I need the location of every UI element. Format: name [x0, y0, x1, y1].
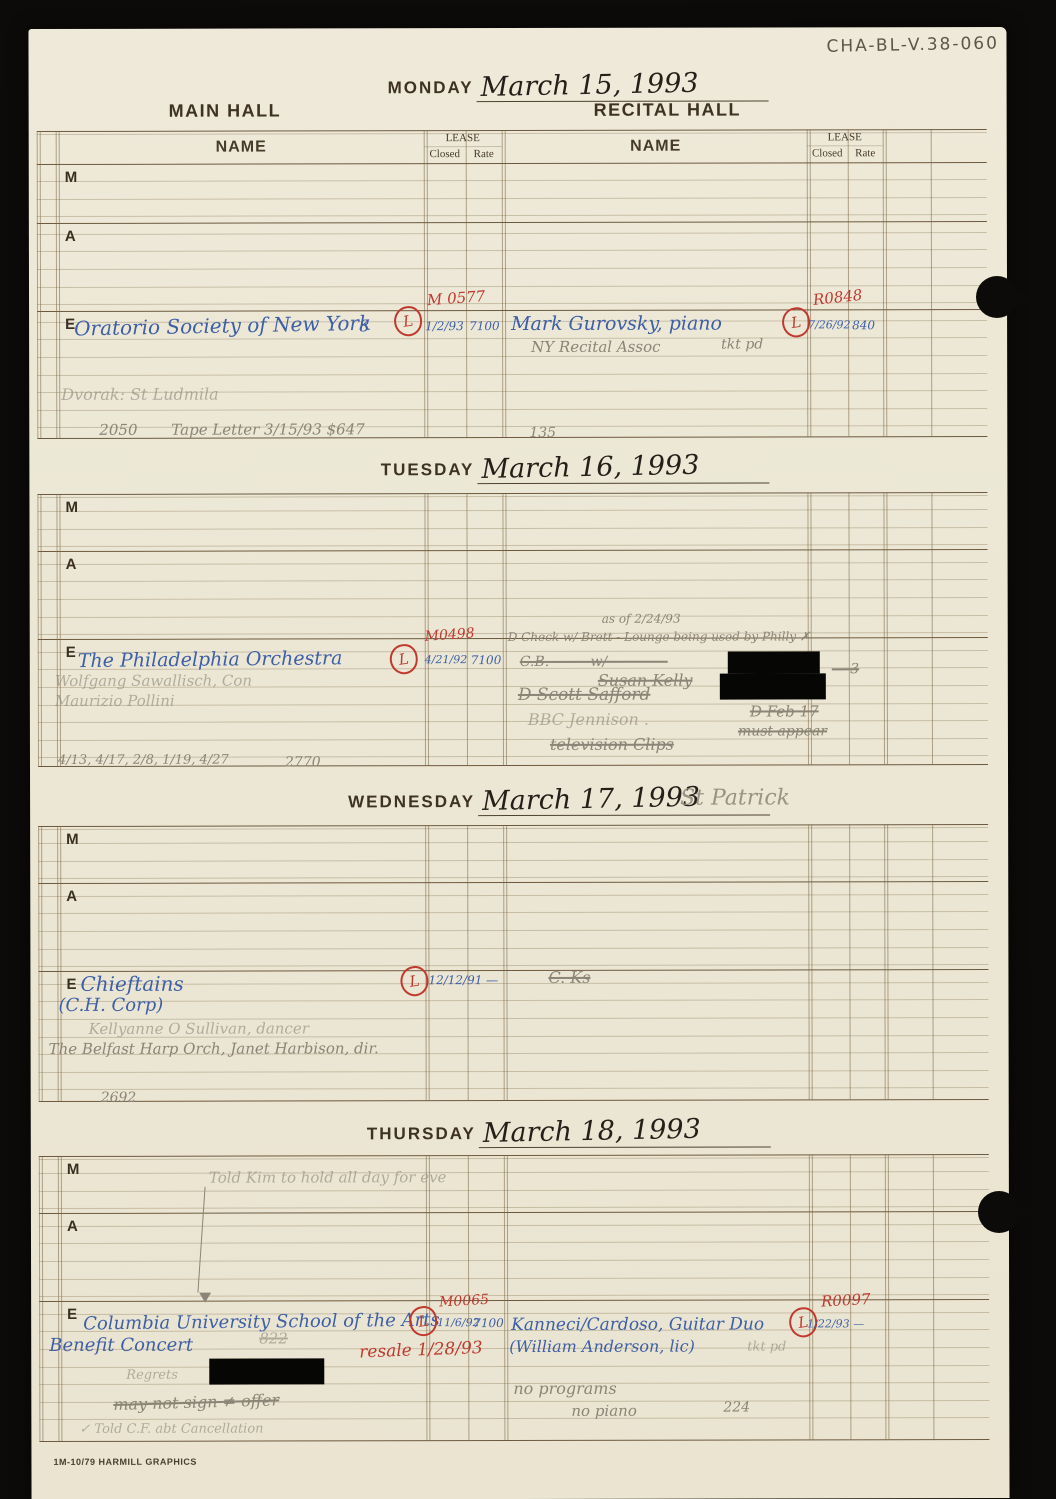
handwritten-note: Kellyanne O Sullivan, dancer [89, 1021, 309, 1037]
handwritten-note: The Philadelphia Orchestra [78, 649, 343, 672]
handwritten-note: no piano [571, 1404, 637, 1420]
column-rule [425, 825, 427, 1100]
column-rule [41, 826, 43, 1101]
column-rule [60, 826, 62, 1101]
row-label-afternoon: A [66, 888, 77, 905]
column-rule [503, 825, 505, 1100]
column-rule [39, 1156, 41, 1441]
row-label-evening: E [67, 1306, 77, 1323]
ruled-line [38, 738, 988, 741]
column-rule [812, 1154, 814, 1439]
handwritten-note: M0498 [424, 626, 475, 644]
handwritten-note: — 3 [832, 662, 859, 677]
ruled-line [37, 408, 987, 411]
handwritten-note: NY Recital Assoc [531, 340, 660, 356]
ruled-line [38, 929, 988, 932]
table-bottom-rule [39, 1099, 989, 1102]
column-rule [849, 824, 851, 1099]
ruled-line [37, 232, 987, 235]
handwritten-note: tkt pd [721, 337, 763, 352]
column-header-rate: Rate [848, 147, 883, 159]
handwritten-note: Wolfgang Sawallisch, Con [55, 674, 252, 690]
ruled-line [39, 1417, 989, 1420]
day-title-tuesday: TUESDAY [329, 460, 474, 480]
table-top-rule-2 [38, 827, 988, 830]
column-rule [505, 130, 507, 437]
printer-credit: 1M-10/79 HARMILL GRAPHICS [53, 1457, 196, 1467]
handwritten-note: BBC Jennison . [528, 712, 649, 729]
ruled-line [38, 527, 988, 530]
handwritten-note: 7100 [473, 1317, 504, 1330]
header-bottom-rule [37, 162, 987, 165]
ruled-line [38, 615, 988, 618]
handwritten-note: Regrets [126, 1369, 178, 1383]
column-rule [502, 493, 504, 765]
date-underline [478, 814, 770, 816]
column-rule [504, 1155, 506, 1440]
column-rule [59, 494, 61, 766]
column-rule [811, 824, 813, 1099]
handwritten-note: 822 [259, 1331, 288, 1347]
handwritten-note: Chieftains [80, 974, 183, 995]
handwritten-note: R0097 [821, 1292, 871, 1310]
ruled-line [37, 509, 987, 512]
ruled-line [37, 267, 987, 270]
handwritten-note: D Scott Safford [518, 687, 651, 705]
ruled-line [39, 1070, 989, 1073]
ruled-line [38, 859, 988, 862]
paper: CHA-BL-V.38-060 1M-10/79 HARMILL GRAPHIC… [28, 27, 1009, 1499]
ruled-line [39, 1206, 989, 1209]
ruled-line [38, 703, 988, 706]
ruled-line [39, 1087, 989, 1090]
column-rule [808, 824, 810, 1099]
handwritten-note: Mark Gurovsky, piano [511, 315, 722, 335]
handwritten-note: Kanneci/Cardoso, Guitar Duo [511, 1316, 764, 1334]
handwritten-note: Tape Letter 3/15/93 $647 [171, 422, 365, 438]
column-rule [61, 1156, 63, 1441]
column-rule [933, 1154, 935, 1439]
handwritten-note: must appear [738, 724, 827, 739]
ruled-line [37, 373, 987, 376]
handwritten-note: D Feb 17 [750, 704, 819, 720]
handwritten-note: may not sign ≠ offer [113, 1392, 279, 1413]
row-label-evening: E [66, 976, 76, 993]
handwritten-note: no programs [513, 1381, 616, 1398]
handwritten-note: 840 [852, 319, 875, 332]
circled-l-lease-mark: L [388, 642, 420, 676]
handwritten-note: C. Ks [548, 970, 590, 987]
column-header-name: NAME [59, 138, 424, 157]
day-date-handwritten: March 18, 1993 [482, 1114, 701, 1149]
row-label-afternoon: A [67, 1218, 78, 1235]
handwritten-note: 8 [359, 318, 369, 335]
evening-block-rule [37, 309, 987, 312]
column-rule [424, 130, 426, 437]
row-label-morning: M [65, 169, 78, 186]
column-rule [885, 1154, 887, 1439]
ruled-line [39, 1241, 989, 1244]
redaction-box [728, 651, 820, 673]
column-rule [467, 825, 469, 1100]
ruled-line [38, 964, 988, 967]
handwritten-note: C.B. —— w/ ———— [520, 655, 668, 670]
column-rule [466, 130, 468, 437]
column-rule [428, 825, 430, 1100]
handwritten-note: 2050 [99, 423, 137, 439]
handwritten-note: Oratorio Society of New York [74, 313, 371, 340]
column-header-name: NAME [505, 137, 807, 156]
column-header-rate: Rate [466, 148, 502, 160]
handwritten-note: R0848 [812, 288, 863, 309]
handwritten-note: Maurizio Pollini [55, 694, 175, 710]
ruled-line [39, 1224, 989, 1227]
ruled-line [38, 894, 988, 897]
table-bottom-rule [39, 1439, 989, 1442]
handwritten-note: ✓ Told C.F. abt Cancellation [79, 1423, 263, 1437]
column-rule [502, 130, 504, 437]
day-date-handwritten: March 17, 1993 [482, 782, 701, 817]
ruled-line [37, 197, 987, 200]
handwritten-note: Benefit Concert [49, 1337, 193, 1356]
handwritten-note: 7/26/92 [808, 319, 850, 331]
handwritten-note: 224 [723, 1401, 750, 1416]
column-header-closed: Closed [807, 147, 848, 159]
handwritten-note: 1/22/93 — [807, 1318, 864, 1330]
ruled-line [38, 947, 988, 950]
column-rule [810, 129, 812, 436]
row-label-morning: M [66, 831, 79, 848]
column-rule [886, 492, 888, 764]
column-rule [427, 130, 429, 437]
ruled-line [39, 1277, 989, 1280]
column-rule [931, 492, 933, 764]
column-rule [56, 494, 58, 766]
scanned-page: CHA-BL-V.38-060 1M-10/79 HARMILL GRAPHIC… [0, 0, 1056, 1499]
ruled-line [38, 720, 988, 723]
day-date-handwritten: March 15, 1993 [480, 68, 699, 103]
column-rule [807, 129, 809, 436]
row-label-afternoon: A [66, 556, 77, 573]
row-label-evening: E [66, 644, 76, 661]
date-underline [479, 1146, 771, 1148]
handwritten-note: 7100 [471, 654, 502, 667]
column-rule [40, 131, 42, 438]
pencil-arrow [197, 1187, 205, 1293]
ruled-line [39, 1189, 989, 1192]
handwritten-note: D Check w/ Brett - Lounge being used by … [508, 630, 810, 643]
handwritten-note: M 0577 [427, 289, 486, 309]
column-rule [40, 494, 42, 766]
handwritten-note: 7100 [469, 320, 500, 333]
column-header-lease: LEASE [424, 132, 502, 144]
lease-subheader-rule [424, 146, 502, 147]
column-rule [507, 1155, 509, 1440]
afternoon-block-rule [38, 881, 988, 884]
column-rule [38, 826, 40, 1101]
column-rule [883, 129, 885, 436]
ruled-line [38, 579, 988, 582]
day-title-monday: MONDAY [329, 78, 474, 98]
handwritten-note: 12/12/91 — [428, 974, 498, 987]
archive-code: CHA-BL-V.38-060 [826, 33, 999, 56]
column-rule [809, 1154, 811, 1439]
pencil-arrow-head [199, 1293, 211, 1303]
column-rule [883, 492, 885, 764]
row-label-afternoon: A [65, 228, 76, 245]
column-rule [887, 824, 889, 1099]
handwritten-note: 135 [529, 426, 556, 441]
ruled-line [37, 249, 987, 252]
handwritten-note: television Clips [550, 737, 674, 754]
ruled-line [37, 179, 987, 182]
column-rule [884, 824, 886, 1099]
column-rule [37, 494, 39, 766]
hall-label-recital: RECITAL HALL [594, 100, 741, 121]
afternoon-block-rule [39, 1211, 989, 1214]
column-rule [932, 824, 934, 1099]
table-top-rule-2 [39, 1157, 989, 1160]
ruled-line [37, 214, 987, 217]
date-underline [477, 482, 769, 484]
row-label-morning: M [67, 1161, 80, 1178]
handwritten-note: (William Anderson, lic) [509, 1339, 695, 1356]
ruled-line [39, 1171, 989, 1174]
lease-subheader-rule [807, 145, 883, 146]
column-rule [58, 1156, 60, 1441]
ruled-line [38, 999, 988, 1002]
ruled-line [39, 1259, 989, 1262]
handwritten-note: 4/21/92 [425, 654, 467, 666]
ruled-line [38, 911, 988, 914]
handwritten-note: M0065 [439, 1293, 490, 1310]
column-rule [57, 826, 59, 1101]
hall-label-main: MAIN HALL [169, 100, 282, 121]
handwritten-note: 2692 [101, 1091, 137, 1106]
afternoon-block-rule [38, 549, 988, 552]
handwritten-note: resale 1/28/93 [359, 1340, 483, 1362]
column-rule [37, 131, 39, 438]
day-date-suffix: St Patrick [680, 785, 790, 810]
handwritten-note: tkt pd [747, 1340, 786, 1354]
row-label-morning: M [65, 499, 78, 516]
day-date-handwritten: March 16, 1993 [481, 450, 700, 485]
ruled-line [38, 544, 988, 547]
handwritten-note: 2770 [285, 755, 321, 770]
handwritten-note: 4/13, 4/17, 2/8, 1/19, 4/27 [58, 754, 229, 768]
column-rule [426, 1155, 428, 1440]
day-title-thursday: THURSDAY [331, 1124, 476, 1144]
handwritten-note: Dvorak: St Ludmila [61, 387, 218, 404]
column-header-lease: LEASE [807, 131, 883, 143]
column-rule [505, 493, 507, 765]
column-rule [429, 1155, 431, 1440]
ruled-line [38, 562, 988, 565]
handwritten-note: 1/2/93 [425, 320, 464, 333]
handwritten-note: Told Kim to hold all day for eve [209, 1170, 447, 1186]
redaction-box [720, 673, 826, 699]
ruled-line [37, 355, 987, 358]
ruled-line [38, 841, 988, 844]
ruled-line [38, 597, 988, 600]
column-rule [506, 825, 508, 1100]
ruled-line [39, 1365, 989, 1368]
afternoon-block-rule [37, 221, 987, 224]
ruled-line [38, 876, 988, 879]
column-rule [56, 131, 58, 438]
column-rule [886, 129, 888, 436]
column-rule [931, 129, 933, 436]
hole-punch-slot [1008, 293, 1038, 302]
column-rule [888, 1154, 890, 1439]
column-rule [848, 492, 850, 764]
column-rule [59, 131, 61, 438]
handwritten-note: (C.H. Corp) [58, 997, 163, 1016]
column-header-closed: Closed [424, 148, 466, 160]
hole-punch-slot [1010, 1208, 1038, 1217]
column-rule [848, 129, 850, 436]
table-top-rule-2 [37, 495, 987, 498]
day-title-wednesday: WEDNESDAY [330, 792, 475, 812]
redaction-box [209, 1358, 324, 1384]
column-rule [42, 1156, 44, 1441]
handwritten-note: as of 2/24/93 [602, 613, 681, 626]
handwritten-note: The Belfast Harp Orch, Janet Harbison, d… [49, 1041, 379, 1057]
